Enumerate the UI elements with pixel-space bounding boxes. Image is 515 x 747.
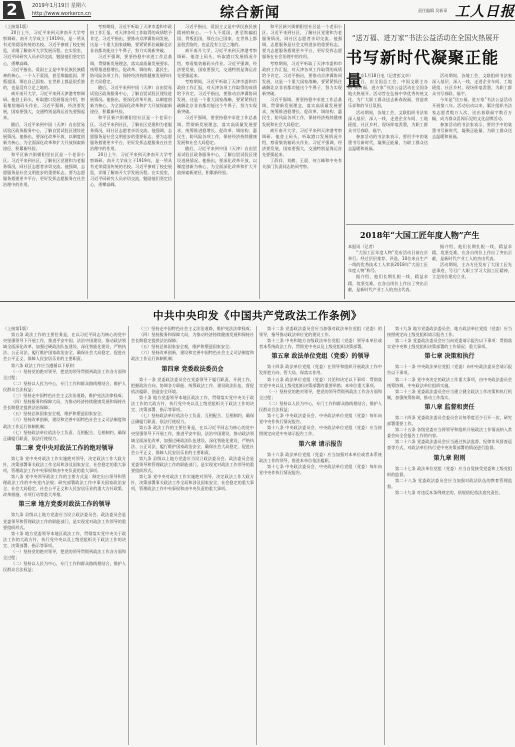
article-headline: 2018年“大国工匠年度人物”产生 [360,230,479,241]
right-top-column-2: 活动期间，各地工会、文联组织书法家深入基层、深入一线，走进企业车间、工地班组、社… [432,73,512,223]
paragraph: 第十六条 政法单位党组（党委）应当加强对本单位或者本系统政法工作的领导，推进本单… [259,452,382,464]
paragraph: 活动期间，各地工会、文联组织书法家深入基层、深入一线，走进企业车间、工地班组、社… [432,73,512,97]
paragraph: 第二十五条 各级党委应当将领导和组织开展政法工作情况纳入常委会向全会报告工作的内… [387,427,512,439]
paragraph: （二）坚持以人民为中心，专门工作和群众路线相结合，维护人民群众合法权益； [3,561,126,573]
column-divider [384,326,385,745]
paragraph: 随后，习近平来到中国（天津）自由贸易试验区政务服务中心，了解自贸试验区建设进展情… [90,85,172,115]
paragraph: 参加活动的书法家表示，要用手中的笔墨书写新时代，凝聚正能量，为职工群众送去温暖和… [432,122,512,140]
paragraph: 参加活动的书法家表示，要用手中的笔墨书写新时代，凝聚正能量，为职工群众送去温暖和… [348,134,428,152]
paragraph: （二）坚持以人民为中心，专门工作和群众路线相结合，维护人民群众合法权益； [3,381,126,393]
paragraph: 第十四条 政法单位党组（党委）在领导和组织开展政法工作中发挥把方向、管大局、保落… [259,364,382,376]
chapter-heading: 第三章 地方党委对政法工作的领导 [3,501,126,509]
newspaper-page: 2 2019年1月19日 星期六 http://www.workercn.cn … [0,0,515,747]
paragraph: 考察期间，习近平听取了天津市委和市政府工作汇报，对天津各项工作取得的成绩给予肯定… [90,24,172,54]
section-title: 综合新闻 [220,2,280,22]
issue-date: 2019年1月19日 星期六 [32,2,86,9]
masthead: 2 2019年1月19日 星期六 http://www.workercn.cn … [0,0,515,21]
paragraph: （六）坚持改革创新，建设和完善中国特色社会主义司法制度和政法工作运行体制机制； [3,417,126,429]
paragraph: （一）坚持党的绝对领导，把党的领导贯彻到政法工作各方面和全过程； [3,369,126,381]
paragraph: （四）坚持服务和保障大局，为推动经济持续健康发展和保持社会长期稳定提供法治保障； [131,332,254,344]
paragraph: 第八条 党中央领导政法工作的主要方式是：制定出台领导和管理政法工作的中央党内法规… [3,474,126,498]
paragraph: 近日，由全国总工会、中国文联主办的“送万福、进万家”书法公益活动在全国各地火热展… [348,79,428,109]
column-divider [256,326,257,745]
main-headline: 中共中央印发《中国共产党政法工作条例》 [0,308,515,323]
chapter-heading: 第六章 请示报告 [259,441,382,449]
editors-credit: 责任编辑 吴新章 [418,8,447,14]
top-left-column-2: 考察期间，习近平听取了天津市委和市政府工作汇报，对天津各项工作取得的成绩给予肯定… [90,24,172,299]
paragraph: 离开南开大学，习近平来到天津港考察调研。他登上码头，听取港口发展情况介绍，察看集… [177,48,257,78]
paragraph: 第七条 党中央对政法工作实施绝对领导，决定政法工作大政方针，决策部署事关政法工作… [131,474,254,492]
top-left-column-4: 和平区新兴街朝阳里社区是一个老旧小区。习近平来到社区，了解社区党建和为老服务情况… [262,24,342,299]
paragraph: （七）坚持政法单位依法分工负责、互相配合、互相制约，确保正确履行职责、依法行使权… [3,430,126,442]
paragraph: （七）坚持政法单位依法分工负责、互相配合、互相制约，确保正确履行职责、依法行使权… [131,413,254,425]
paragraph: 离开南开大学，习近平来到天津港考察调研。他登上码头，听取港口发展情况介绍，察看集… [262,128,342,158]
paragraph: 第五条 政法工作的主要任务是，在以习近平同志为核心的党中央坚强领导下开展工作，推… [131,425,254,455]
chapter-heading: 第九章 附则 [387,455,512,463]
top-left-column-3: 习近平指出，爱国主义是中华民族民族精神的核心。一个人不爱国，甚至欺骗祖国、背叛祖… [177,24,257,299]
paragraph: （四）坚持服务和保障大局，为推动经济持续健康发展和保持社会长期稳定提供法治保障； [3,399,126,411]
paragraph: （二）坚持以人民为中心，专门工作和群众路线相结合，维护人民群众合法权益； [259,401,382,413]
paragraph: （一）坚持党的绝对领导，把党的领导贯彻到政法工作各方面和全过程； [259,389,382,401]
paragraph: 第十五条 政法单位党组（党委）讨论和决定以下事项：贯彻落实党中央以及上级党组织决… [259,377,382,389]
paragraph: 丁薛祥、刘鹤、王晨、何立峰和中央有关部门负责同志陪同考察。 [262,158,342,170]
paragraph: 第十条 地方党委领导本地区政法工作，贯彻落实党中央关于政法工作的大政方针，执行党… [3,531,126,549]
right-mid-column-1: 本报讯（记者） “大国工匠年度人物”发布活动日前在京举行。经过层层推荐、评选，1… [348,244,428,299]
page-number: 2 [3,1,25,19]
paragraph: 考察期间，习近平听取了天津市委和市政府工作汇报，对天津各项工作取得的成绩给予肯定… [177,79,257,116]
paragraph: （六）坚持改革创新，建设和完善中国特色社会主义司法制度和政法工作运行体制机制； [131,350,254,362]
paragraph: 第十条 地方党委领导本地区政法工作，贯彻落实党中央关于政法工作的大政方针，执行党… [131,395,254,413]
column-divider [344,24,345,299]
paragraph: 据介绍，他们长期扎根一线，精益求精，攻坚克难，在各自岗位上作出了突出贡献，是新时… [432,244,512,262]
paragraph: 第二十四条 党委政法委员会委员会议每季度至少召开一次，研究部署重要工作。 [387,415,512,427]
paragraph: 和平区新兴街朝阳里社区是一个老旧小区。习近平来到社区，了解社区党建和为老服务情况… [3,152,85,189]
paragraph: 习近平强调，要坚持稳中求进工作总基调，贯彻新发展理念，落实高质量发展要求，统筹推… [177,115,257,145]
paragraph: 随后，习近平来到中国（天津）自由贸易试验区政务服务中心，了解自贸试验区建设进展情… [3,122,85,152]
chapter-heading: 第八章 监督和责任 [387,404,512,412]
paragraph: 第二十一条 中央政法单位党组（党委）向中央政法委员会请示报告以下事项。 [387,364,512,376]
paragraph: 习近平强调，要坚持稳中求进工作总基调，贯彻新发展理念，落实高质量发展要求，统筹推… [90,54,172,84]
paragraph: 活动期间，主办方还发布了大国工匠先进事迹，号召广大职工学习大国工匠精神，立足岗位… [432,262,512,280]
paragraph: 第十八条 中央政法委员会、中央政法单位党组（党委）应当按照规定向党中央请示报告工… [259,425,382,437]
newspaper-logo: 工人日报 [455,1,515,21]
paragraph: 第九条 县级以上地方党委应当设立政法委员会。政法委员会是党委领导和管理政法工作的… [3,512,126,530]
column-divider [259,24,260,299]
paragraph: 第十九条 地方党委政法委员会、地方政法单位党组（党委）应当按照规定向上级党组织请… [387,326,512,338]
paragraph: 随后，习近平来到中国（天津）自由贸易试验区政务服务中心，了解自贸试验区建设进展情… [177,146,257,176]
paragraph: 活动期间，各地工会、文联组织书法家深入基层、深入一线，走进企业车间、工地班组、社… [348,110,428,134]
right-top-column-1: 本报北京1月18日电（记者彭文卓） 近日，由全国总工会、中国文联主办的“送万福、… [348,73,428,223]
article-kicker: “送万福、进万家”书法公益活动在全国火热展开 [352,33,499,43]
paragraph: 第十二条 党委政法委员会应当加强对政法单位党组（党委）的领导，指导推动政法单位党… [259,326,382,338]
paragraph: 第十三条 中央和地方各级政法单位党组（党委）领导本单位或者本系统政法工作，贯彻党… [259,338,382,350]
paragraph: （一）坚持党的绝对领导，把党的领导贯彻到政法工作各方面和全过程； [3,549,126,561]
column-divider [128,326,129,745]
paragraph: 第五条 政法工作的主要任务是，在以习近平同志为核心的党中央坚强领导下开展工作，推… [3,332,126,362]
chapter-heading: 第七章 决策和执行 [387,353,512,361]
paragraph: 考察期间，习近平听取了天津市委和市政府工作汇报，对天津各项工作取得的成绩给予肯定… [262,61,342,98]
main-column-4: 第十九条 地方党委政法委员会、地方政法单位党组（党委）应当按照规定向上级党组织请… [387,326,512,745]
paragraph: 离开南开大学，习近平来到天津港考察调研。他登上码头，听取港口发展情况介绍，察看集… [3,91,85,121]
paragraph: 第十七条 中央政法委员会、中央政法单位党组（党委）每年向党中央作执行情况报告。 [259,464,382,476]
paragraph: 和平区新兴街朝阳里社区是一个老旧小区。习近平来到社区，了解社区党建和为老服务情况… [262,24,342,61]
paragraph: 习近平指出，爱国主义是中华民族民族精神的核心。一个人不爱国，甚至欺骗祖国、背叛祖… [3,67,85,91]
main-column-3: 第十二条 党委政法委员会应当加强对政法单位党组（党委）的领导，指导推动政法单位党… [259,326,382,745]
paragraph: 第十七条 中央政法委员会、中央政法单位党组（党委）每年向党中央作执行情况报告。 [259,413,382,425]
main-column-1: （上接第1版） 第五条 政法工作的主要任务是，在以习近平同志为核心的党中央坚强领… [3,326,126,745]
chapter-heading: 第二章 党中央对政法工作的绝对领导 [3,445,126,453]
main-column-2: （三）坚持走中国特色社会主义法治道路，维护宪法法律权威； （四）坚持服务和保障大… [131,326,254,745]
paragraph: 第二十九条 对违反本条例规定的，依规依纪依法追究责任。 [387,490,512,496]
paragraph: 第二十八条 党委政法委员会应当加强对政法队伍的教育管理监督。 [387,478,512,490]
column-divider [87,24,88,299]
paragraph: 第九条 县级以上地方党委应当设立政法委员会。政法委员会是党委领导和管理政法工作的… [131,456,254,474]
section-divider [0,301,515,302]
paragraph: 20日上午，习近平来到天津南开大学考察调研。南开大学成立于1919年，是一所具有… [90,152,172,189]
right-mid-column-2: 据介绍，他们长期扎根一线，精益求精，攻坚克难，在各自岗位上作出了突出贡献，是新时… [432,244,512,299]
chapter-heading: 第五章 政法单位党组（党委）的领导 [259,353,382,361]
paragraph: 第七条 党中央对政法工作实施绝对领导，决定政法工作大政方针，决策部署事关政法工作… [3,456,126,474]
paragraph: 据介绍，他们长期扎根一线，精益求精，攻坚克难，在各自岗位上作出了突出贡献，是新时… [348,274,428,292]
top-left-column-1: （上接第1版） 20日上午，习近平来到天津南开大学考察调研。南开大学成立于191… [3,24,85,299]
column-divider [174,24,175,299]
paragraph: 20日上午，习近平来到天津南开大学考察调研。南开大学成立于1919年，是一所具有… [3,30,85,67]
chapter-heading: 第四章 党委政法委员会 [131,366,254,374]
paragraph: 今年是“送万福、进万家”书法公益活动开展第八年。活动启动以来，累计组织书法家志愿… [432,97,512,121]
paragraph: 第二十七条 政法单位党组（党委）应当自觉接受党委和上级党组织的监督。 [387,466,512,478]
paragraph: “大国工匠年度人物”发布活动日前在京举行。经过层层推荐、评选，10位来自生产一线… [348,250,428,274]
article-divider [346,224,514,225]
paragraph: 习近平指出，爱国主义是中华民族民族精神的核心。一个人不爱国，甚至欺骗祖国、背叛祖… [177,24,257,48]
paragraph: 第二十六条 党委政法委员会应当通过执法监督、纪律作风督查巡查等方式，对政法单位执… [387,439,512,451]
paragraph: 第二十三条 党委政法委员会应当建立健全政法工作决策和执行机制，加强统筹协调，推动… [387,389,512,401]
paragraph: 和平区新兴街朝阳里社区是一个老旧小区。习近平来到社区，了解社区党建和为老服务情况… [90,115,172,152]
paragraph: 第二十二条 党中央决定的政法工作重大事项，由中央政法委员会统筹协调，中央政法单位… [387,377,512,389]
website-link[interactable]: http://www.workercn.cn [32,11,91,17]
paragraph: 第十一条 党委政法委员会在党委领导下履行职责、开展工作，把握政治方向、协调各方职… [131,377,254,395]
paragraph: 习近平强调，要坚持稳中求进工作总基调，贯彻新发展理念，落实高质量发展要求，统筹推… [262,97,342,127]
paragraph: 第二十条 党委政法委员会应当向党委请示报告以下事项：贯彻落实党中央和上级党组织决… [387,338,512,350]
